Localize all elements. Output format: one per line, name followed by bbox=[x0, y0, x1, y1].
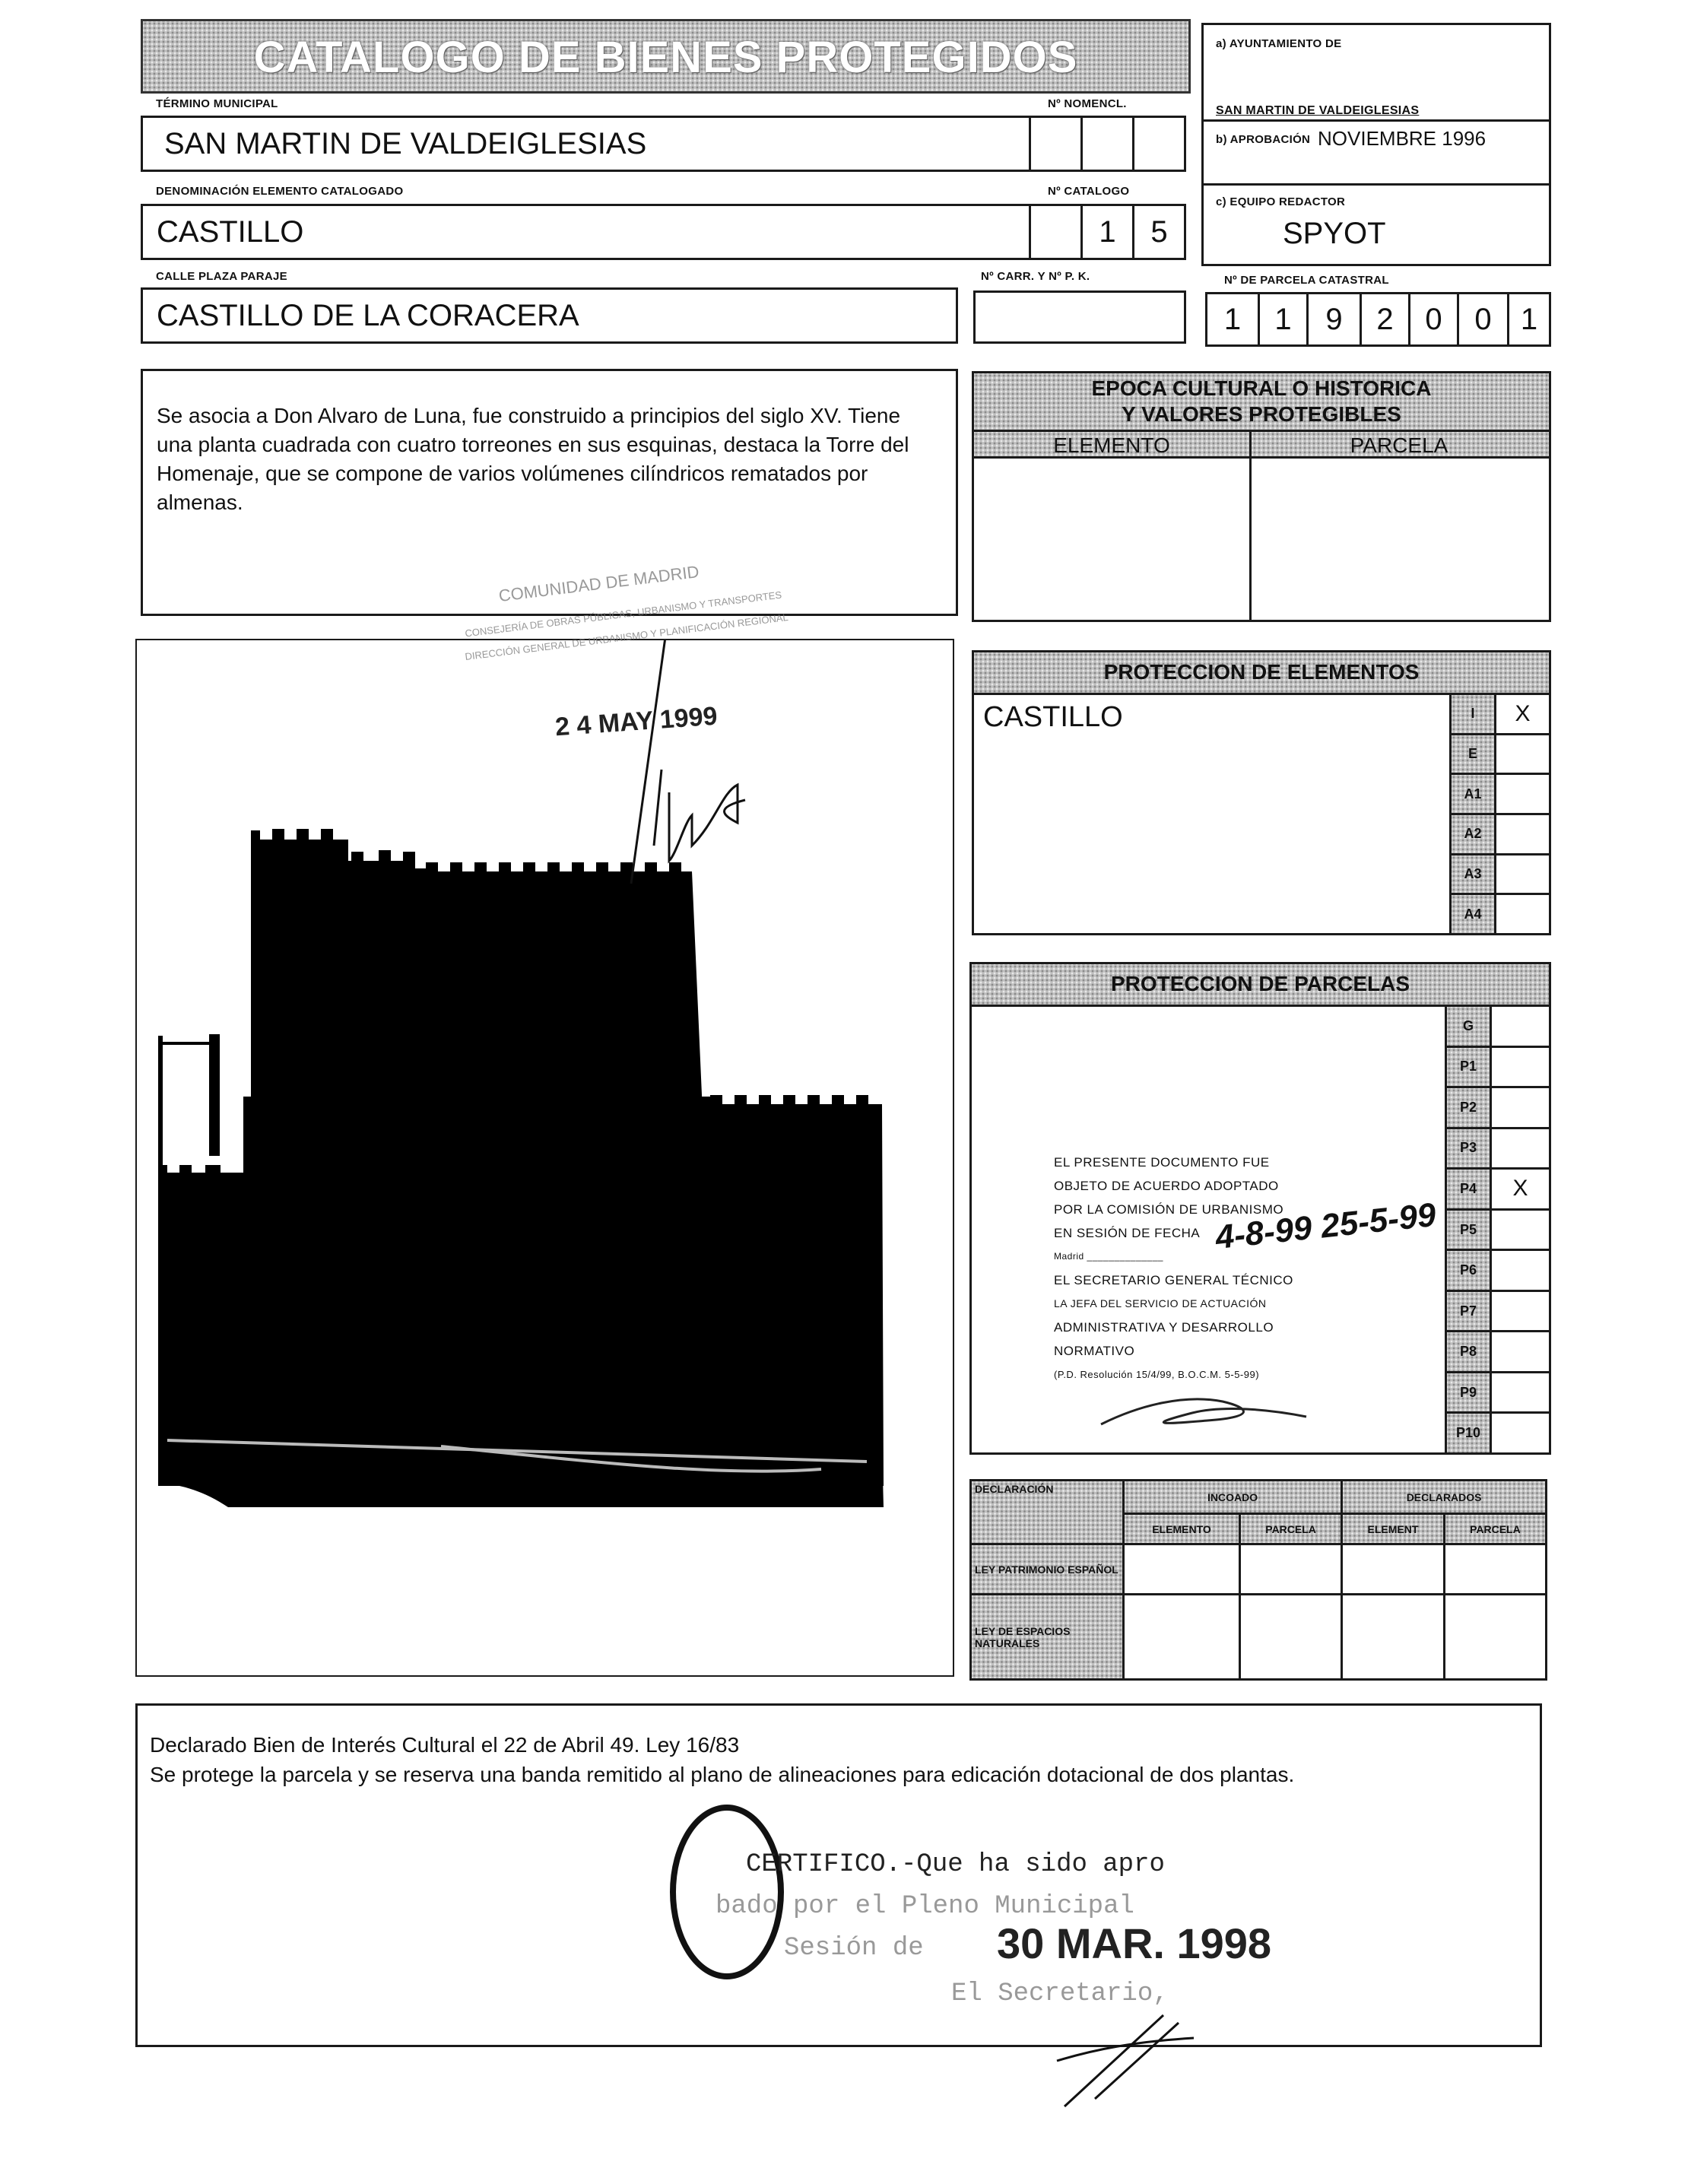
catalog-title: CATALOGO DE BIENES PROTEGIDOS bbox=[143, 32, 1188, 83]
elem-code: A2 bbox=[1449, 815, 1496, 853]
proteccion-elementos-title: PROTECCION DE ELEMENTOS bbox=[974, 660, 1549, 684]
sub-header: PARCELA bbox=[1240, 1514, 1342, 1544]
parc-code: G bbox=[1445, 1007, 1492, 1046]
description-box: Se asocia a Don Alvaro de Luna, fue cons… bbox=[141, 369, 958, 616]
elem-row: A3 bbox=[1449, 853, 1549, 894]
parcela-catastral-cells: 1 1 9 2 0 0 1 bbox=[1207, 294, 1549, 344]
calle-field: CASTILLO DE LA CORACERA bbox=[141, 287, 958, 344]
n-nomencl-digit bbox=[1029, 118, 1080, 170]
elem-mark bbox=[1496, 735, 1549, 773]
elem-mark bbox=[1496, 895, 1549, 933]
signature-icon bbox=[1093, 1390, 1322, 1436]
parc-code: P1 bbox=[1445, 1048, 1492, 1087]
parc-mark bbox=[1492, 1129, 1549, 1168]
proteccion-elementos-grid: IXEA1A2A3A4 bbox=[1449, 695, 1549, 933]
epoca-col-elemento: ELEMENTO bbox=[974, 433, 1249, 458]
table-cell bbox=[1444, 1544, 1546, 1595]
incoado-header: INCOADO bbox=[1124, 1481, 1342, 1514]
parc-code: P10 bbox=[1445, 1414, 1492, 1452]
n-nomencl-digit bbox=[1132, 118, 1184, 170]
parc-mark bbox=[1492, 1332, 1549, 1371]
ayuntamiento-value: SAN MARTIN DE VALDEIGLESIAS bbox=[1216, 104, 1419, 118]
n-catalogo-digit: 5 bbox=[1132, 206, 1184, 258]
ayuntamiento-label: a) AYUNTAMIENTO DE bbox=[1216, 37, 1341, 50]
approval-stamp-line: OBJETO DE ACUERDO ADOPTADO bbox=[1054, 1174, 1293, 1198]
n-nomencl-digit bbox=[1080, 118, 1132, 170]
elem-code: I bbox=[1449, 695, 1496, 733]
approval-stamp-line: ADMINISTRATIVA Y DESARROLLO bbox=[1054, 1316, 1293, 1339]
parc-code: P2 bbox=[1445, 1088, 1492, 1127]
parc-row: P6 bbox=[1445, 1249, 1549, 1290]
table-cell bbox=[1240, 1544, 1342, 1595]
declaracion-header: DECLARACIÓN bbox=[971, 1481, 1124, 1544]
parc-row: P2 bbox=[1445, 1086, 1549, 1127]
certificate-line2: bado por el Pleno Municipal bbox=[715, 1892, 1134, 1921]
parc-row: P7 bbox=[1445, 1290, 1549, 1331]
elem-row: A4 bbox=[1449, 893, 1549, 933]
notes-box: Declarado Bien de Interés Cultural el 22… bbox=[135, 1703, 1542, 2047]
parc-code: P3 bbox=[1445, 1129, 1492, 1168]
parc-code: P5 bbox=[1445, 1211, 1492, 1249]
notes-line1: Declarado Bien de Interés Cultural el 22… bbox=[150, 1733, 739, 1757]
elem-code: A1 bbox=[1449, 775, 1496, 813]
n-catalogo-digit: 1 bbox=[1080, 206, 1132, 258]
parcela-catastral-field: 1 1 9 2 0 0 1 bbox=[1205, 292, 1551, 347]
elem-code: A3 bbox=[1449, 856, 1496, 894]
row-label: LEY PATRIMONIO ESPAÑOL bbox=[971, 1544, 1124, 1595]
declaracion-table: DECLARACIÓN INCOADO DECLARADOS ELEMENTO … bbox=[969, 1479, 1547, 1681]
termino-municipal-value: SAN MARTIN DE VALDEIGLESIAS bbox=[164, 127, 646, 161]
parc-code: P7 bbox=[1445, 1292, 1492, 1331]
divider bbox=[1204, 183, 1549, 186]
table-cell bbox=[1124, 1595, 1240, 1680]
parc-row: G bbox=[1445, 1007, 1549, 1046]
sub-header: ELEMENTO bbox=[1124, 1514, 1240, 1544]
proteccion-parcelas-title: PROTECCION DE PARCELAS bbox=[972, 972, 1549, 996]
elem-row: IX bbox=[1449, 695, 1549, 733]
elem-mark bbox=[1496, 775, 1549, 813]
declarados-header: DECLARADOS bbox=[1342, 1481, 1547, 1514]
epoca-title-line2: Y VALORES PROTEGIBLES bbox=[974, 402, 1549, 427]
secretary-signature-icon bbox=[1049, 2008, 1201, 2114]
parc-row: P8 bbox=[1445, 1330, 1549, 1371]
elem-row: E bbox=[1449, 733, 1549, 773]
elem-code: E bbox=[1449, 735, 1496, 773]
parcela-digit: 1 bbox=[1258, 294, 1306, 344]
table-cell bbox=[1342, 1544, 1445, 1595]
elem-row: A2 bbox=[1449, 813, 1549, 853]
catalog-title-bar: CATALOGO DE BIENES PROTEGIDOS bbox=[141, 19, 1191, 94]
epoca-title-line1: EPOCA CULTURAL O HISTORICA bbox=[974, 376, 1549, 401]
approval-stamp-line: EL SECRETARIO GENERAL TÉCNICO bbox=[1054, 1268, 1293, 1292]
table-cell bbox=[1240, 1595, 1342, 1680]
sub-header: ELEMENT bbox=[1342, 1514, 1445, 1544]
n-catalogo-cells: 1 5 bbox=[1029, 206, 1184, 258]
denominacion-label: DENOMINACIÓN ELEMENTO CATALOGADO bbox=[156, 185, 403, 198]
parc-code: P6 bbox=[1445, 1251, 1492, 1290]
equipo-label: c) EQUIPO REDACTOR bbox=[1216, 195, 1345, 208]
notes-line2: Se protege la parcela y se reserva una b… bbox=[150, 1762, 1458, 1788]
calle-value: CASTILLO DE LA CORACERA bbox=[157, 299, 579, 333]
parc-row: P4X bbox=[1445, 1167, 1549, 1208]
parc-mark bbox=[1492, 1414, 1549, 1452]
denominacion-field: CASTILLO 1 5 bbox=[141, 204, 1186, 260]
n-carr-label: Nº CARR. Y Nº P. K. bbox=[981, 270, 1090, 283]
parcela-digit: 1 bbox=[1507, 294, 1549, 344]
parc-row: P10 bbox=[1445, 1411, 1549, 1452]
right-info-box: a) AYUNTAMIENTO DE SAN MARTIN DE VALDEIG… bbox=[1201, 23, 1551, 266]
elem-row: A1 bbox=[1449, 773, 1549, 813]
parc-code: P9 bbox=[1445, 1373, 1492, 1412]
approval-stamp-line: (P.D. Resolución 15/4/99, B.O.C.M. 5-5-9… bbox=[1054, 1363, 1293, 1386]
parc-row: P1 bbox=[1445, 1046, 1549, 1087]
row-label: LEY DE ESPACIOS NATURALES bbox=[971, 1595, 1124, 1680]
epoca-section: EPOCA CULTURAL O HISTORICA Y VALORES PRO… bbox=[972, 371, 1551, 622]
aprobacion-value: NOVIEMBRE 1996 bbox=[1318, 127, 1486, 151]
parcela-digit: 1 bbox=[1207, 294, 1258, 344]
parc-mark bbox=[1492, 1048, 1549, 1087]
epoca-col-parcela: PARCELA bbox=[1249, 433, 1549, 458]
parc-mark bbox=[1492, 1211, 1549, 1249]
n-catalogo-digit bbox=[1029, 206, 1080, 258]
parcela-digit: 0 bbox=[1457, 294, 1507, 344]
parcela-catastral-label: Nº DE PARCELA CATASTRAL bbox=[1224, 274, 1389, 287]
epoca-header: EPOCA CULTURAL O HISTORICA Y VALORES PRO… bbox=[974, 373, 1549, 430]
approval-stamp: EL PRESENTE DOCUMENTO FUE OBJETO DE ACUE… bbox=[1054, 1151, 1293, 1386]
parc-code: P4 bbox=[1445, 1170, 1492, 1208]
parc-mark bbox=[1492, 1007, 1549, 1046]
table-cell bbox=[1444, 1595, 1546, 1680]
elem-code: A4 bbox=[1449, 895, 1496, 933]
castle-photo bbox=[137, 640, 953, 1675]
proteccion-elementos-section: PROTECCION DE ELEMENTOS CASTILLO IXEA1A2… bbox=[972, 650, 1551, 935]
parc-code: P8 bbox=[1445, 1332, 1492, 1371]
approval-stamp-line: NORMATIVO bbox=[1054, 1339, 1293, 1363]
parcela-digit: 0 bbox=[1408, 294, 1457, 344]
parc-mark bbox=[1492, 1088, 1549, 1127]
description-text: Se asocia a Don Alvaro de Luna, fue cons… bbox=[157, 402, 917, 517]
parcela-digit: 9 bbox=[1306, 294, 1360, 344]
certificate-line3: Sesión de bbox=[784, 1934, 924, 1963]
calle-label: CALLE PLAZA PARAJE bbox=[156, 270, 287, 283]
approval-stamp-line: EL PRESENTE DOCUMENTO FUE bbox=[1054, 1151, 1293, 1174]
elem-mark bbox=[1496, 856, 1549, 894]
parc-mark bbox=[1492, 1373, 1549, 1412]
termino-municipal-label: TÉRMINO MUNICIPAL bbox=[156, 97, 278, 110]
termino-municipal-field: SAN MARTIN DE VALDEIGLESIAS bbox=[141, 116, 1186, 172]
aprobacion-label: b) APROBACIÓN bbox=[1216, 133, 1310, 146]
proteccion-elemento-name: CASTILLO bbox=[983, 701, 1123, 734]
proteccion-elementos-header: PROTECCION DE ELEMENTOS bbox=[974, 652, 1549, 695]
elem-mark: X bbox=[1496, 695, 1549, 733]
elem-mark bbox=[1496, 815, 1549, 853]
n-catalogo-label: Nº CATALOGO bbox=[1048, 185, 1129, 198]
divider bbox=[1249, 430, 1252, 620]
photo-frame bbox=[135, 639, 954, 1677]
equipo-value: SPYOT bbox=[1283, 217, 1386, 251]
parc-mark: X bbox=[1492, 1170, 1549, 1208]
parc-row: P9 bbox=[1445, 1371, 1549, 1412]
approval-stamp-line: LA JEFA DEL SERVICIO DE ACTUACIÓN bbox=[1054, 1292, 1293, 1316]
parc-row: P3 bbox=[1445, 1127, 1549, 1168]
table-cell bbox=[1342, 1595, 1445, 1680]
certificate-line4: El Secretario, bbox=[951, 1979, 1169, 2008]
n-nomencl-label: Nº NOMENCL. bbox=[1048, 97, 1127, 110]
certificate-line1: CERTIFICO.-Que ha sido apro bbox=[746, 1850, 1165, 1879]
parc-row: P5 bbox=[1445, 1208, 1549, 1249]
divider bbox=[1204, 119, 1549, 122]
proteccion-parcelas-section: PROTECCION DE PARCELAS EL PRESENTE DOCUM… bbox=[969, 962, 1551, 1455]
certificate-date: 30 MAR. 1998 bbox=[997, 1919, 1271, 1968]
table-cell bbox=[1124, 1544, 1240, 1595]
epoca-col-headers: ELEMENTO PARCELA bbox=[974, 430, 1549, 459]
proteccion-parcelas-grid: GP1P2P3P4XP5P6P7P8P9P10 bbox=[1445, 1007, 1549, 1452]
parc-mark bbox=[1492, 1292, 1549, 1331]
proteccion-parcelas-header: PROTECCION DE PARCELAS bbox=[972, 964, 1549, 1007]
denominacion-value: CASTILLO bbox=[157, 215, 303, 249]
sub-header: PARCELA bbox=[1444, 1514, 1546, 1544]
n-nomencl-cells bbox=[1029, 118, 1184, 170]
parc-mark bbox=[1492, 1251, 1549, 1290]
n-carr-field bbox=[973, 290, 1186, 344]
parcela-digit: 2 bbox=[1360, 294, 1408, 344]
